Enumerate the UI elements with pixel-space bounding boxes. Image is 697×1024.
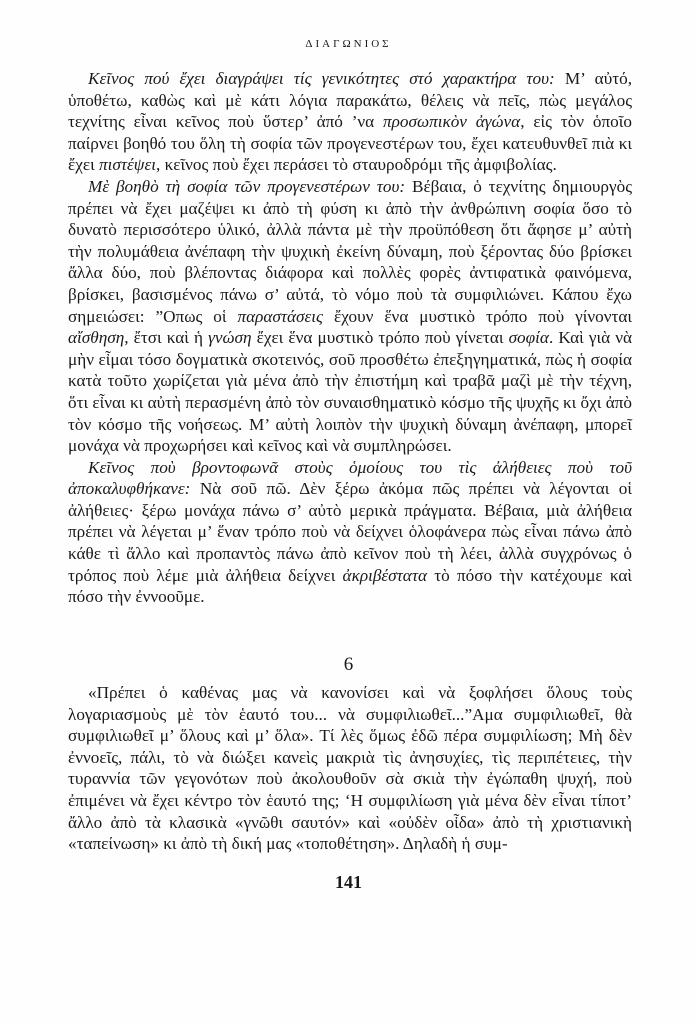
text-run: ἔχει ἕνα μυστικὸ τρόπο ποὺ γίνεται bbox=[252, 328, 509, 347]
text-block-lower: «Πρέπει ὁ καθένας μας νὰ κανονίσει καὶ ν… bbox=[68, 682, 632, 855]
text-run: «Πρέπει ὁ καθένας μας νὰ κανονίσει καὶ ν… bbox=[68, 683, 632, 853]
italic-run: ἀκριβέστατα bbox=[343, 566, 427, 585]
book-page: ΔΙΑΓΩΝΙΟΣ Κεῖνος πού ἔχει διαγράψει τίς … bbox=[0, 0, 697, 1024]
italic-run: Κεῖνος πού ἔχει διαγράψει τίς γενικότητε… bbox=[88, 69, 555, 88]
running-head: ΔΙΑΓΩΝΙΟΣ bbox=[0, 38, 697, 50]
text-block-upper: Κεῖνος πού ἔχει διαγράψει τίς γενικότητε… bbox=[68, 68, 632, 608]
text-run: Βέβαια, ὁ τεχνίτης δημιουργὸς πρέπει νὰ … bbox=[68, 177, 632, 326]
italic-run: πιστέψει bbox=[99, 155, 156, 174]
italic-run: γνώση bbox=[208, 328, 251, 347]
paragraph: Μὲ βοηθὸ τὴ σοφία τῶν προγενεστέρων του:… bbox=[68, 176, 632, 457]
paragraph: Κεῖνος πού ἔχει διαγράψει τίς γενικότητε… bbox=[68, 68, 632, 176]
page-number: 141 bbox=[0, 872, 697, 893]
text-run: ἔχουν ἕνα μυστικὸ τρόπο ποὺ γίνονται bbox=[323, 307, 632, 326]
text-run: , ἔτσι καὶ ἡ bbox=[124, 328, 208, 347]
italic-run: αἴσθηση bbox=[68, 328, 124, 347]
italic-run: παραστάσεις bbox=[237, 307, 323, 326]
paragraph: «Πρέπει ὁ καθένας μας νὰ κανονίσει καὶ ν… bbox=[68, 682, 632, 855]
section-number: 6 bbox=[0, 654, 697, 676]
italic-run: Μὲ βοηθὸ τὴ σοφία τῶν προγενεστέρων του: bbox=[88, 177, 405, 196]
italic-run: προσωπικὸν ἀγώνα bbox=[383, 112, 520, 131]
text-run: , κεῖνος ποὺ ἔχει περάσει τὸ σταυροδρόμι… bbox=[156, 155, 557, 174]
text-run: . Καὶ γιὰ νὰ μὴν εἶμαι τόσο δογματικὰ σκ… bbox=[68, 328, 632, 455]
paragraph: Κεῖνος ποὺ βροντοφωνᾶ στοὺς ὁμοίους του … bbox=[68, 457, 632, 608]
italic-run: σοφία bbox=[509, 328, 549, 347]
